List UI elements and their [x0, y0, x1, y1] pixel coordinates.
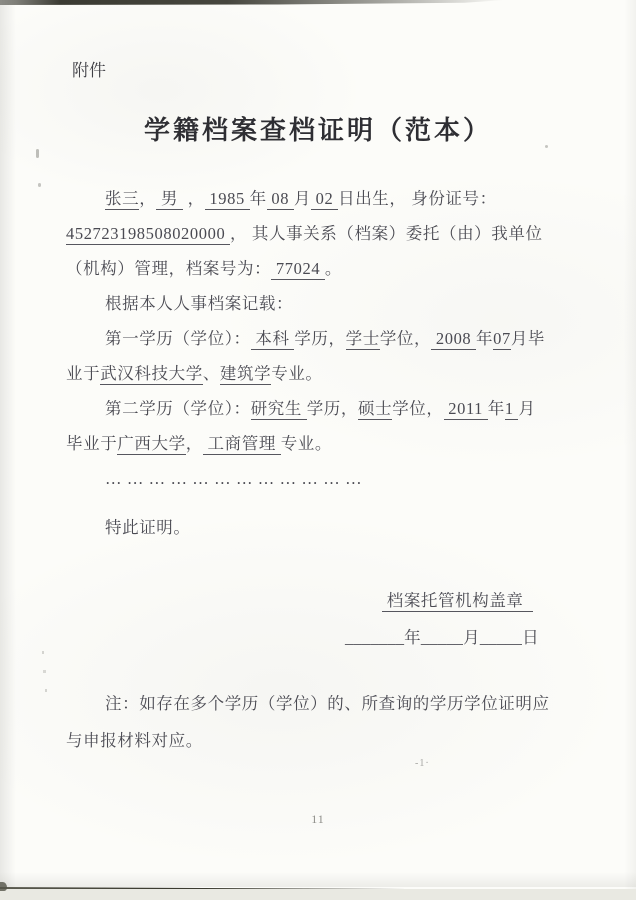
text-segment: 日 [522, 628, 539, 647]
para1-line1: 张三， 男 ， 1985 年 08 月 02 日出生， 身份证号： [66, 181, 574, 216]
filled-blank: 硕士 [358, 399, 392, 420]
scan-speck [42, 651, 44, 654]
text-segment: 、 [203, 364, 220, 383]
text-segment: ， [186, 434, 203, 453]
scan-speck [36, 149, 39, 158]
text-segment: 身份证号： [407, 189, 497, 208]
para3-line1: 第一学历（学位）： 本科 学历，学士学位， 2008 年07月毕 [66, 321, 574, 356]
filled-blank: 张三 [105, 189, 139, 210]
filled-blank: 02 [311, 189, 338, 210]
para4-line2: 毕业于广西大学， 工商管理 专业。 [66, 426, 574, 461]
scan-speck [45, 689, 47, 692]
text-segment: 日出生， [338, 189, 406, 208]
text-segment: … … … … … … … … … … … … [105, 469, 362, 488]
text-segment: 专业。 [271, 364, 322, 383]
scan-speck [38, 183, 41, 187]
text-segment: （机构）管理，档案号为： [66, 259, 271, 278]
text-segment: 业于 [66, 364, 100, 383]
filled-blank: 研究生 [251, 399, 307, 420]
para1-line2: 452723198508020000 ， 其人事关系（档案）委托（由）我单位 [66, 216, 574, 251]
text-segment: _______ [345, 628, 404, 647]
filled-blank: 1 [505, 399, 519, 420]
text-segment: _____ [480, 628, 522, 647]
text-segment: 年 [250, 189, 267, 208]
text-segment: _____ [421, 628, 463, 647]
signature-block: 档案托管机构盖章 _______年_____月_____日 [340, 582, 575, 656]
scan-speck [43, 670, 46, 673]
text-segment: 根据本人人事档案记载： [105, 294, 293, 313]
text-segment: ， [139, 189, 156, 208]
text-segment: 年 [404, 628, 421, 647]
text-segment: 学历， [307, 399, 358, 418]
note-block: 注：如存在多个学历（学位）的、所查询的学历学位证明应 与申报材料对应。 [66, 685, 574, 759]
para2-line1: 根据本人人事档案记载： [66, 286, 574, 321]
certify-line: 特此证明。 [66, 510, 574, 545]
text-segment: 学位， [392, 399, 443, 418]
filled-blank: 2008 [431, 329, 476, 350]
stamp-line: 档案托管机构盖章 [340, 582, 575, 619]
scan-corner-blob [0, 882, 7, 891]
filled-blank: 1985 [205, 189, 250, 210]
text-segment: 第一学历（学位）： [105, 329, 251, 348]
text-segment: ， [230, 224, 247, 243]
filled-blank: 77024 [271, 259, 325, 280]
scan-paper-edge [0, 889, 636, 900]
text-segment: 特此证明。 [105, 518, 191, 537]
date-line: _______年_____月_____日 [340, 619, 575, 656]
page-number: 11 [0, 812, 636, 827]
filled-blank: 08 [267, 189, 294, 210]
text-segment: 学历， [294, 329, 345, 348]
note-line2: 与申报材料对应。 [66, 722, 574, 759]
scan-bottom-shadow [0, 872, 636, 887]
text-segment: 专业。 [281, 434, 332, 453]
note-line1: 注：如存在多个学历（学位）的、所查询的学历学位证明应 [66, 685, 574, 722]
filled-blank: 建筑学 [220, 364, 271, 385]
para3-line2: 业于武汉科技大学、建筑学专业。 [66, 356, 574, 391]
filled-blank: 工商管理 [203, 434, 281, 455]
text-segment: 月毕 [511, 329, 545, 348]
text-segment: 年 [476, 329, 493, 348]
filled-blank: 452723198508020000 [66, 224, 230, 245]
text-segment: 学位， [380, 329, 431, 348]
para4-line1: 第二学历（学位）：研究生 学历，硕士学位， 2011 年1 月 [66, 391, 574, 426]
filled-blank: 档案托管机构盖章 [382, 591, 533, 612]
filled-blank: 广西大学 [117, 434, 185, 455]
text-segment: 月 [518, 399, 535, 418]
filled-blank: 学士 [346, 329, 380, 350]
text-segment: 年 [488, 399, 505, 418]
text-segment: 其人事关系（档案）委托（由）我单位 [247, 224, 542, 243]
filled-blank: 07 [493, 329, 511, 350]
document-title: 学籍档案查档证明（范本） [0, 110, 636, 147]
text-segment: 注：如存在多个学历（学位）的、所查询的学历学位证明应 [105, 694, 550, 713]
filled-blank: 男 [156, 189, 183, 210]
attachment-label: 附件 [72, 56, 106, 81]
ellipsis-line: … … … … … … … … … … … … [66, 461, 574, 496]
text-segment: 月 [463, 628, 480, 647]
text-segment: 。 [325, 259, 342, 278]
scan-edge-top [0, 0, 505, 5]
scan-pencil-mark: -1· [415, 758, 430, 769]
text-segment: ， [183, 189, 205, 208]
para1-line3: （机构）管理，档案号为： 77024 。 [66, 251, 574, 286]
filled-blank: 武汉科技大学 [100, 364, 203, 385]
filled-blank: 本科 [251, 329, 295, 350]
text-segment: 月 [294, 189, 311, 208]
document-body: 张三， 男 ， 1985 年 08 月 02 日出生， 身份证号： 452723… [66, 181, 574, 545]
text-segment: 与申报材料对应。 [66, 731, 203, 750]
filled-blank: 2011 [444, 399, 488, 420]
scanned-document-page: -1· 附件 学籍档案查档证明（范本） 张三， 男 ， 1985 年 08 月 … [0, 0, 636, 900]
text-segment: 毕业于 [66, 434, 117, 453]
text-segment: 第二学历（学位）： [105, 399, 251, 418]
